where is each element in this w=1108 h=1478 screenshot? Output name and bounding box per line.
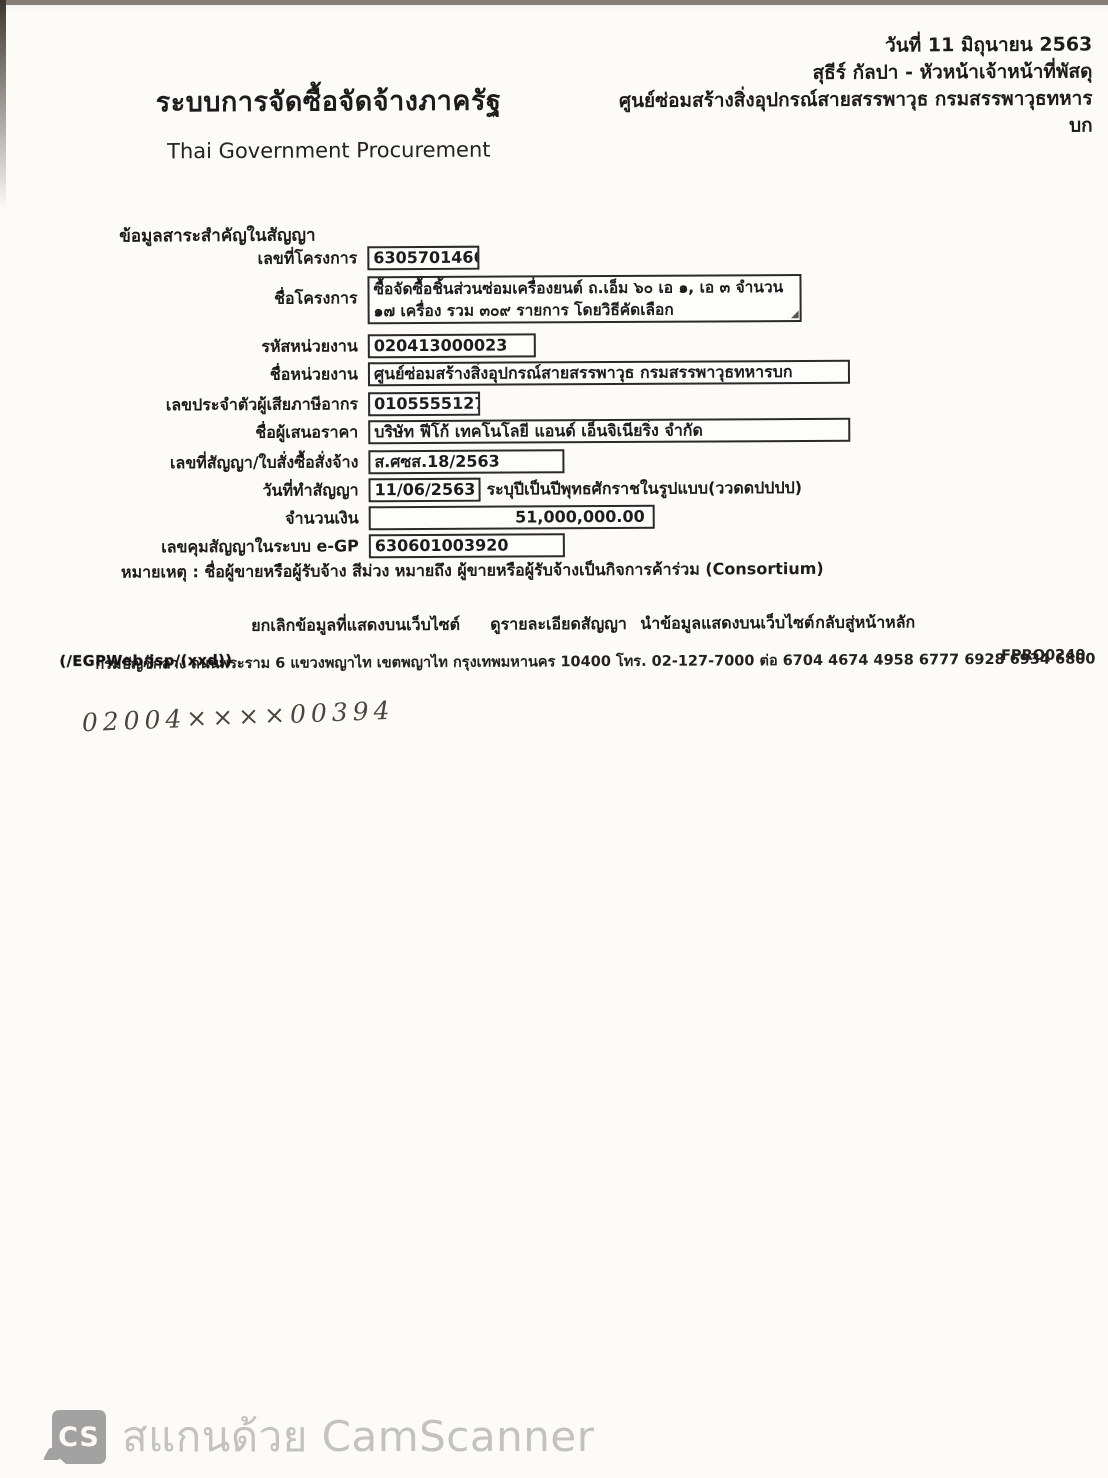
- note-bold-purple: สีม่วง: [352, 561, 389, 580]
- contract-date-hint: ระบุปีเป็นปีพุทธศักราชในรูปแบบ(ววดดปปปป): [486, 476, 802, 502]
- logo-thai-text: ระบบการจัดซื้อจัดจ้างภาครัฐ: [152, 79, 504, 124]
- egp-control-number-input[interactable]: 630601003920: [369, 533, 565, 558]
- scanned-page: ระบบการจัดซื้อจัดจ้างภาครัฐ Thai Governm…: [0, 0, 1108, 1478]
- department-code-input[interactable]: 020413000023: [368, 333, 536, 358]
- contract-date-input[interactable]: 11/06/2563: [369, 478, 481, 503]
- project-number-input[interactable]: 63057014664: [367, 246, 479, 271]
- form-row: ชื่อหน่วยงาน ศูนย์ซ่อมสร้างสิ่งอุปกรณ์สา…: [120, 359, 1000, 388]
- cancel-publish-button[interactable]: ยกเลิกข้อมูลที่แสดงบนเว็บไซต์: [251, 613, 460, 639]
- footer-url-fragment: (/EGPWeb/jsp/(xxd)): [59, 653, 232, 670]
- contract-number-input[interactable]: ส.ศซส.18/2563: [368, 449, 564, 474]
- print-header-right: วันที่ 11 มิถุนายน 2563 สุธีร์ กัลปา - ห…: [619, 31, 1093, 141]
- form-row: เลขที่โครงการ 63057014664: [119, 243, 999, 272]
- project-name-textarea[interactable]: ซื้อจัดซื้อชิ้นส่วนซ่อมเครื่องยนต์ ถ.เอ็…: [367, 274, 801, 324]
- org-name-line2: บก: [619, 112, 1093, 141]
- field-label-contract-date: วันที่ทำสัญญา: [121, 478, 369, 503]
- note-line: หมายเหตุ : ชื่อผู้ขายหรือผู้รับจ้าง สีม่…: [121, 557, 824, 586]
- field-label-department-name: ชื่อหน่วยงาน: [120, 362, 368, 387]
- form-row: จำนวนเงิน 51,000,000.00: [121, 503, 1001, 532]
- form-row: เลขคุมสัญญาในระบบ e-GP 630601003920: [121, 531, 1001, 560]
- handwritten-note: 02004××××00394: [81, 696, 395, 738]
- field-label-bidder-name: ชื่อผู้เสนอราคา: [120, 420, 368, 445]
- note-prefix: หมายเหตุ : ชื่อผู้ขายหรือผู้รับจ้าง: [121, 561, 352, 581]
- field-label-project-name: ชื่อโครงการ: [119, 276, 367, 311]
- contract-form: เลขที่โครงการ 63057014664 ชื่อโครงการ ซื…: [119, 238, 1001, 564]
- footer-address: กรมบัญชีกลาง ถนนพระราม 6 แขวงพญาไท เขตพญ…: [95, 647, 1095, 675]
- org-name-line1: ศูนย์ซ่อมสร้างสิ่งอุปกรณ์สายสรรพาวุธ กรม…: [619, 85, 1093, 114]
- form-row: เลขที่สัญญา/ใบสั่งซื้อสั่งจ้าง ส.ศซส.18/…: [120, 447, 1000, 476]
- form-row: ชื่อโครงการ ซื้อจัดซื้อชิ้นส่วนซ่อมเครื่…: [119, 273, 999, 326]
- publish-data-button[interactable]: นำข้อมูลแสดงบนเว็บไซต์: [640, 611, 814, 637]
- form-row: เลขประจำตัวผู้เสียภาษีอากร 0105555127226: [120, 389, 1000, 418]
- resize-grip-icon[interactable]: ◢: [791, 310, 799, 320]
- footer-form-code: FPRO0240: [1001, 648, 1085, 664]
- taxpayer-id-input[interactable]: 0105555127226: [368, 392, 480, 417]
- amount-input[interactable]: 51,000,000.00: [369, 505, 655, 530]
- officer-name: สุธีร์ กัลปา - หัวหน้าเจ้าหน้าที่พัสดุ: [619, 58, 1093, 87]
- field-label-taxpayer-id: เลขประจำตัวผู้เสียภาษีอากร: [120, 392, 368, 417]
- view-contract-detail-button[interactable]: ดูรายละเอียดสัญญา: [490, 612, 627, 638]
- logo-english-text: Thai Government Procurement: [153, 138, 505, 164]
- form-row: รหัสหน่วยงาน 020413000023: [120, 331, 1000, 360]
- print-date: วันที่ 11 มิถุนายน 2563: [619, 31, 1093, 60]
- form-row: ชื่อผู้เสนอราคา บริษัท ฟีโก้ เทคโนโลยี แ…: [120, 417, 1000, 446]
- form-row: วันที่ทำสัญญา 11/06/2563 ระบุปีเป็นปีพุท…: [121, 475, 1001, 504]
- egp-logo: ระบบการจัดซื้อจัดจ้างภาครัฐ Thai Governm…: [152, 79, 504, 164]
- camscanner-text: สแกนด้วย CamScanner: [122, 1404, 594, 1470]
- note-suffix: หมายถึง ผู้ขายหรือผู้รับจ้างเป็นกิจการค้…: [389, 559, 824, 580]
- camscanner-watermark: CS สแกนด้วย CamScanner: [52, 1404, 594, 1470]
- field-label-egp-control-number: เลขคุมสัญญาในระบบ e-GP: [121, 534, 369, 559]
- back-home-button[interactable]: กลับสู่หน้าหลัก: [815, 610, 915, 636]
- page-footer: กรมบัญชีกลาง ถนนพระราม 6 แขวงพญาไท เขตพญ…: [3, 647, 1108, 653]
- department-name-input[interactable]: ศูนย์ซ่อมสร้างสิ่งอุปกรณ์สายสรรพาวุธ กรม…: [368, 360, 850, 387]
- bidder-name-input[interactable]: บริษัท ฟีโก้ เทคโนโลยี แอนด์ เอ็นจิเนียร…: [368, 418, 850, 445]
- field-label-department-code: รหัสหน่วยงาน: [120, 334, 368, 359]
- field-label-project-number: เลขที่โครงการ: [119, 246, 367, 271]
- field-label-amount: จำนวนเงิน: [121, 506, 369, 531]
- field-label-contract-number: เลขที่สัญญา/ใบสั่งซื้อสั่งจ้าง: [120, 450, 368, 475]
- project-name-text: ซื้อจัดซื้อชิ้นส่วนซ่อมเครื่องยนต์ ถ.เอ็…: [373, 278, 783, 320]
